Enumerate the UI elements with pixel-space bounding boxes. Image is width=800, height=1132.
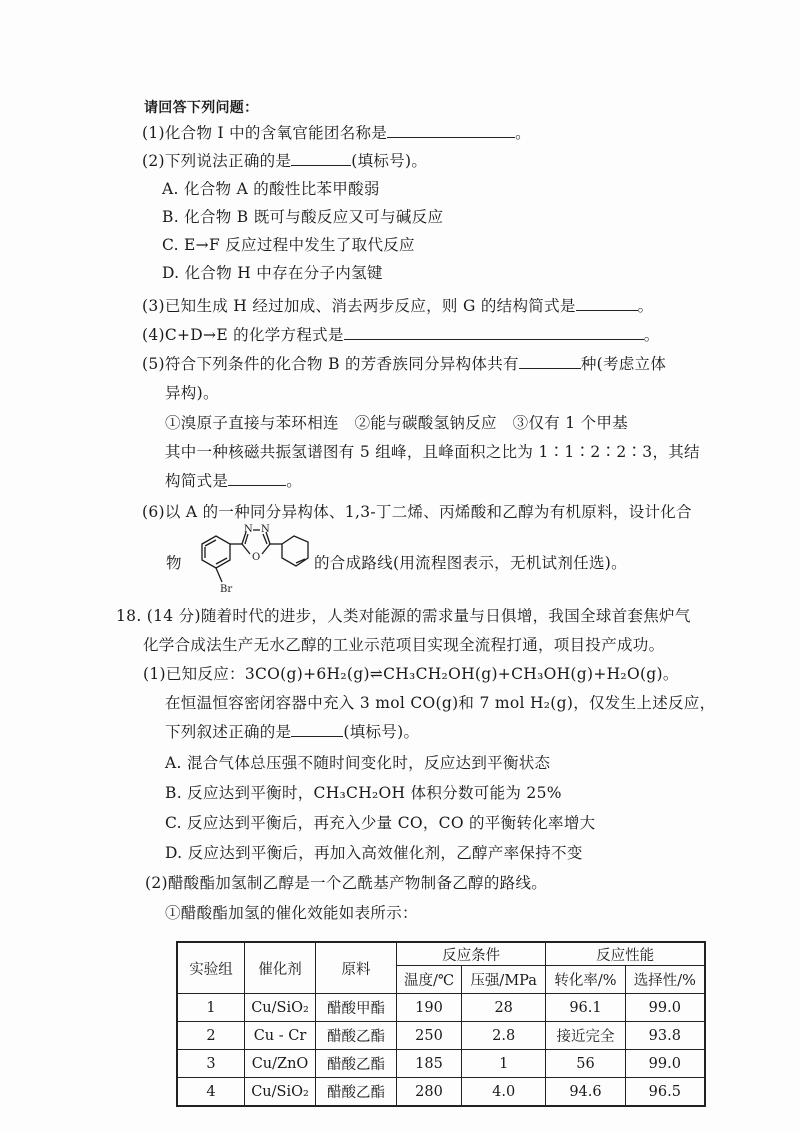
cell-pressure: 28 xyxy=(462,994,546,1022)
cell-conversion: 96.1 xyxy=(546,994,625,1022)
cell-material: 醋酸乙酯 xyxy=(316,1022,397,1050)
header-catalyst: 催化剂 xyxy=(245,942,316,994)
cell-pressure: 1 xyxy=(462,1050,546,1078)
table-row: 4 Cu/SiO₂ 醋酸乙酯 280 4.0 94.6 96.5 xyxy=(177,1078,705,1107)
cell-temp: 250 xyxy=(397,1022,462,1050)
header-material: 原料 xyxy=(316,942,397,994)
cell-pressure: 4.0 xyxy=(462,1078,546,1107)
header-temp: 温度/℃ xyxy=(397,966,462,994)
cell-conversion: 接近完全 xyxy=(546,1022,625,1050)
cell-material: 醋酸乙酯 xyxy=(316,1050,397,1078)
header-conditions: 反应条件 xyxy=(397,942,546,966)
cell-group: 4 xyxy=(177,1078,245,1107)
q18-part1-option-a: A. 混合气体总压强不随时间变化时，反应达到平衡状态 xyxy=(165,753,550,773)
answer-blank[interactable] xyxy=(519,354,581,369)
benzene-ring xyxy=(202,536,230,568)
table-header-row: 实验组 催化剂 原料 反应条件 反应性能 xyxy=(177,942,705,966)
q18-part1-option-c: C. 反应达到平衡后，再充入少量 CO，CO 的平衡转化率增大 xyxy=(165,813,595,833)
cell-temp: 280 xyxy=(397,1078,462,1107)
cell-selectivity: 99.0 xyxy=(625,1050,705,1078)
q17-part2-option-a: A. 化合物 A 的酸性比苯甲酸弱 xyxy=(162,179,380,199)
q17-part4-suffix: 。 xyxy=(644,326,660,344)
q17-part4-text: (4)C+D→E 的化学方程式是 xyxy=(142,326,344,344)
oxygen-label: O xyxy=(252,552,260,563)
q18-part2-line1: (2)醋酸酯加氢制乙醇是一个乙酰基产物制备乙醇的路线。 xyxy=(145,873,547,893)
answer-blank[interactable] xyxy=(228,471,286,486)
header-performance: 反应性能 xyxy=(546,942,705,966)
q17-part5-line5: 构简式是。 xyxy=(165,471,302,491)
cell-conversion: 94.6 xyxy=(546,1078,625,1107)
q17-part5: (5)符合下列条件的化合物 B 的芳香族同分异构体共有种(考虑立体 xyxy=(142,354,666,374)
cell-temp: 185 xyxy=(397,1050,462,1078)
q17-part2-text: (2)下列说法正确的是 xyxy=(142,152,291,170)
q17-part6-line1: (6)以 A 的一种同分异构体、1,3-丁二烯、丙烯酸和乙醇为有机原料，设计化合 xyxy=(142,502,692,522)
q17-part2-option-c: C. E→F 反应过程中发生了取代反应 xyxy=(162,235,415,255)
q17-part1-text: (1)化合物 I 中的含氧官能团名称是 xyxy=(142,124,387,142)
q17-part5-line5-text: 构简式是 xyxy=(165,472,228,490)
catalyst-performance-table: 实验组 催化剂 原料 反应条件 反应性能 温度/℃ 压强/MPa 转化率/% 选… xyxy=(176,941,706,1107)
table-row: 1 Cu/SiO₂ 醋酸甲酯 190 28 96.1 99.0 xyxy=(177,994,705,1022)
table-row: 2 Cu - Cr 醋酸乙酯 250 2.8 接近完全 93.8 xyxy=(177,1022,705,1050)
cell-group: 3 xyxy=(177,1050,245,1078)
q17-part5-suffix: 种(考虑立体 xyxy=(581,355,666,373)
q18-part1-option-b: B. 反应达到平衡时，CH₃CH₂OH 体积分数可能为 25% xyxy=(165,783,562,803)
cell-selectivity: 93.8 xyxy=(625,1022,705,1050)
q18-stem-line1: 18. (14 分)随着时代的进步，人类对能源的需求量与日俱增，我国全球首套焦炉… xyxy=(116,606,691,626)
q17-part5-text: (5)符合下列条件的化合物 B 的芳香族同分异构体共有 xyxy=(142,355,519,373)
cell-catalyst: Cu - Cr xyxy=(245,1022,316,1050)
q17-part3-text: (3)已知生成 H 经过加成、消去两步反应，则 G 的结构简式是 xyxy=(142,297,576,315)
q17-part1-suffix: 。 xyxy=(515,124,531,142)
cell-pressure: 2.8 xyxy=(462,1022,546,1050)
cell-catalyst: Cu/SiO₂ xyxy=(245,1078,316,1107)
answer-blank[interactable] xyxy=(387,123,515,138)
q18-part1-option-d: D. 反应达到平衡后，再加入高效催化剂，乙醇产率保持不变 xyxy=(165,843,583,863)
cell-group: 1 xyxy=(177,994,245,1022)
table-row: 3 Cu/ZnO 醋酸乙酯 185 1 56 99.0 xyxy=(177,1050,705,1078)
q17-part5-line4: 其中一种核磁共振氢谱图有 5 组峰，且峰面积之比为 1∶1∶2∶2∶3，其结 xyxy=(165,442,700,462)
header-selectivity: 选择性/% xyxy=(625,966,705,994)
cell-selectivity: 99.0 xyxy=(625,994,705,1022)
q17-part2-option-d: D. 化合物 H 中存在分子内氢键 xyxy=(162,263,383,283)
q17-part6-line2-suffix: 的合成路线(用流程图表示，无机试剂任选)。 xyxy=(314,553,627,573)
cell-catalyst: Cu/SiO₂ xyxy=(245,994,316,1022)
answer-blank[interactable] xyxy=(291,722,343,737)
q17-part5-conditions: ①溴原子直接与苯环相连 ②能与碳酸氢钠反应 ③仅有 1 个甲基 xyxy=(165,413,628,433)
q18-part1-line2: 在恒温恒容密闭容器中充入 3 mol CO(g)和 7 mol H₂(g)，仅发… xyxy=(165,693,715,713)
q17-part2-option-b: B. 化合物 B 既可与酸反应又可与碱反应 xyxy=(162,207,443,227)
q18-part1-line3: 下列叙述正确的是(填标号)。 xyxy=(165,722,419,742)
q17-part5-line5-suffix: 。 xyxy=(286,472,302,490)
instructions: 请回答下列问题： xyxy=(144,98,258,118)
cell-group: 2 xyxy=(177,1022,245,1050)
q17-part3: (3)已知生成 H 经过加成、消去两步反应，则 G 的结构简式是。 xyxy=(142,296,653,316)
q17-part5-line2: 异构)。 xyxy=(165,383,219,403)
q18-part1-line3-suffix: (填标号)。 xyxy=(343,723,419,741)
nitrogen-label: N xyxy=(261,524,270,535)
answer-blank[interactable] xyxy=(291,151,351,166)
q17-part1: (1)化合物 I 中的含氧官能团名称是。 xyxy=(142,123,531,143)
q17-part6-line2-prefix: 物 xyxy=(166,553,182,573)
q18-part1-reaction: (1)已知反应：3CO(g)+6H₂(g)⇌CH₃CH₂OH(g)+CH₃OH(… xyxy=(143,664,679,684)
cell-material: 醋酸甲酯 xyxy=(316,994,397,1022)
q18-stem-line2: 化学合成法生产无水乙醇的工业示范项目实现全流程打通，项目投产成功。 xyxy=(143,635,664,655)
header-group: 实验组 xyxy=(177,942,245,994)
q18-part1-line3-text: 下列叙述正确的是 xyxy=(165,723,291,741)
nitrogen-label: N xyxy=(244,524,253,535)
header-pressure: 压强/MPa xyxy=(462,966,546,994)
q17-part2-suffix: (填标号)。 xyxy=(351,152,427,170)
bromine-label: Br xyxy=(220,584,232,594)
cell-catalyst: Cu/ZnO xyxy=(245,1050,316,1078)
molecule-structure-diagram: N N O Br xyxy=(188,522,318,594)
q17-part2: (2)下列说法正确的是(填标号)。 xyxy=(142,151,427,171)
cell-temp: 190 xyxy=(397,994,462,1022)
q17-part3-suffix: 。 xyxy=(638,297,654,315)
q17-part4: (4)C+D→E 的化学方程式是。 xyxy=(142,325,660,345)
answer-blank[interactable] xyxy=(576,296,638,311)
answer-blank[interactable] xyxy=(344,325,644,340)
cell-material: 醋酸乙酯 xyxy=(316,1078,397,1107)
header-conversion: 转化率/% xyxy=(546,966,625,994)
q18-part2-line2: ①醋酸酯加氢的催化效能如表所示： xyxy=(165,903,418,923)
cell-selectivity: 96.5 xyxy=(625,1078,705,1107)
cell-conversion: 56 xyxy=(546,1050,625,1078)
